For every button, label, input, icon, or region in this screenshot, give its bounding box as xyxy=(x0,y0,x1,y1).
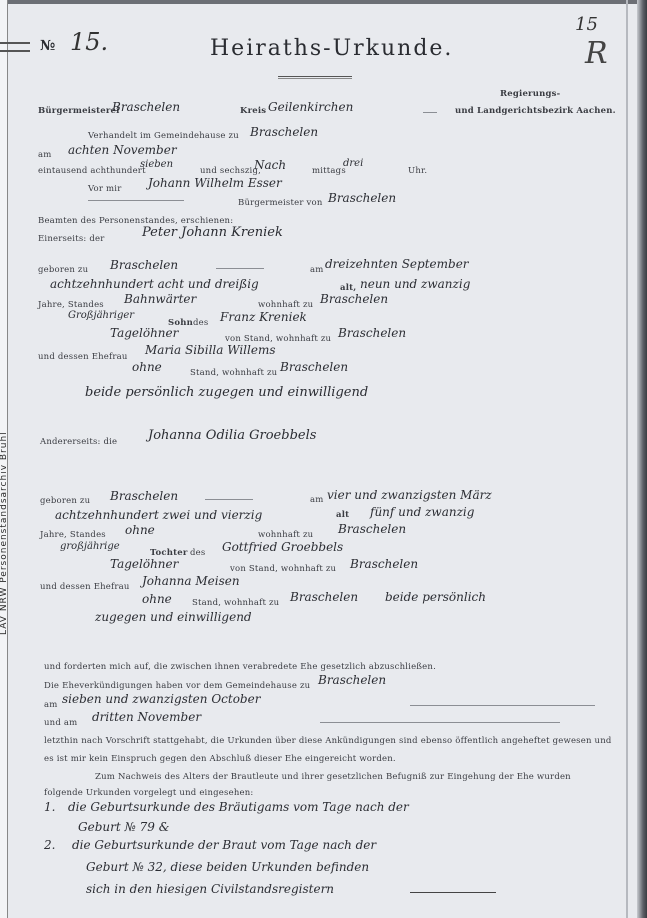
groom-stand-label: Stand, wohnhaft zu xyxy=(190,368,277,378)
bride-mother-residence: Braschelen xyxy=(290,590,358,604)
bride-occupation: ohne xyxy=(125,523,155,537)
groom-majority: Großjähriger xyxy=(68,310,134,321)
fill-line xyxy=(410,705,595,706)
buergermeister-place: Braschelen xyxy=(328,191,396,205)
marriage-date: achten November xyxy=(68,143,177,157)
groom-geboren-label: geboren zu xyxy=(38,265,88,275)
regierungs-label: Regierungs- xyxy=(500,89,560,99)
buergermeister-label: Bürgermeister von xyxy=(238,198,323,208)
proclamation-line6: folgende Urkunden vorgelegt und eingeseh… xyxy=(44,788,253,798)
doc2-line-a: die Geburtsurkunde der Braut vom Tage na… xyxy=(72,838,376,852)
groom-mother-residence: Braschelen xyxy=(280,360,348,374)
uhr-label: Uhr. xyxy=(408,166,427,176)
doc2-number: 2. xyxy=(44,838,55,852)
kreis-label: Kreis xyxy=(240,106,266,116)
scan-top-edge xyxy=(0,0,647,4)
doc2-line-c: sich in den hiesigen Civilstandsregister… xyxy=(86,882,334,896)
proclamation-line2-label: Die Eheverkündigungen haben vor dem Geme… xyxy=(44,681,310,691)
doc1-number: 1. xyxy=(44,800,55,814)
groom-consent: beide persönlich zugegen und einwilligen… xyxy=(85,385,368,400)
page-marker-arrow xyxy=(0,42,30,52)
andererseits-label: Andererseits: die xyxy=(40,437,117,447)
groom-des-label: des xyxy=(193,318,208,328)
kreis-value: Geilenkirchen xyxy=(268,100,353,114)
groom-age: neun und zwanzig xyxy=(360,277,470,291)
verhandelt-label: Verhandelt im Gemeindehause zu xyxy=(88,131,239,141)
groom-birth-place: Braschelen xyxy=(110,258,178,272)
end-line xyxy=(410,892,496,893)
groom-name: Peter Johann Kreniek xyxy=(142,225,283,240)
certificate-number: 15. xyxy=(70,28,108,56)
doc1-line-a: die Geburtsurkunde des Bräutigams vom Ta… xyxy=(68,800,409,814)
proclamation-am-label: am xyxy=(44,700,58,710)
page-number: 15 xyxy=(575,14,598,35)
bride-mother-occupation: ohne xyxy=(142,592,172,606)
groom-mother-occupation: ohne xyxy=(132,360,162,374)
bride-birth-year: achtzehnhundert zwei und vierzig xyxy=(55,508,262,522)
groom-father-occupation: Tagelöhner xyxy=(110,326,178,340)
bride-birth-place: Braschelen xyxy=(110,489,178,503)
bezirk-label: und Landgerichtsbezirk Aachen. xyxy=(455,106,616,116)
dash xyxy=(205,499,253,500)
bride-consent-a: beide persönlich xyxy=(385,590,486,604)
groom-am-label: am xyxy=(310,265,324,275)
groom-wohnhaft-label: wohnhaft zu xyxy=(258,300,313,310)
groom-father-residence: Braschelen xyxy=(338,326,406,340)
year-suffix: und sechszig, xyxy=(200,166,261,176)
year-hundreds: sieben xyxy=(140,159,173,170)
bride-des-label: des xyxy=(190,548,205,558)
bride-father-occupation: Tagelöhner xyxy=(110,557,178,571)
proclamation-date1: sieben und zwanzigsten October xyxy=(62,692,260,706)
document-page: LAV NRW Personenstandsarchiv Brühl № 15.… xyxy=(0,0,647,918)
hour-value: drei xyxy=(343,158,363,169)
proclamation-place: Braschelen xyxy=(318,673,386,687)
vor-mir-label: Vor mir xyxy=(88,184,121,194)
bride-age: fünf und zwanzig xyxy=(370,505,474,519)
mittags-label: mittags xyxy=(312,166,346,176)
bride-majority: großjährige xyxy=(60,541,120,552)
groom-jahre-label: Jahre, Standes xyxy=(38,300,104,310)
bride-birth-date: vier und zwanzigsten März xyxy=(327,488,492,502)
proclamation-date2: dritten November xyxy=(92,710,201,724)
page-fold-line xyxy=(626,0,628,918)
groom-occupation: Bahnwärter xyxy=(124,292,196,306)
bride-father-name: Gottfried Groebbels xyxy=(222,540,343,554)
time-nach: Nach xyxy=(254,158,286,172)
official-name: Johann Wilhelm Esser xyxy=(148,176,282,190)
bride-alt-label: alt xyxy=(336,510,349,520)
corner-initial: R xyxy=(585,36,608,71)
einerseits-label: Einerseits: der xyxy=(38,234,104,244)
verhandelt-place: Braschelen xyxy=(250,125,318,139)
bride-jahre-label: Jahre, Standes xyxy=(40,530,106,540)
proclamation-line1: und forderten mich auf, die zwischen ihn… xyxy=(44,662,436,672)
bride-wohnhaft-label: wohnhaft zu xyxy=(258,530,313,540)
bride-consent-b: zugegen und einwilligend xyxy=(95,610,252,624)
proclamation-line4: es ist mir kein Einspruch gegen den Absc… xyxy=(44,754,396,764)
number-label: № xyxy=(40,38,55,54)
buergermeisterei-value: Braschelen xyxy=(112,100,180,114)
buergermeisterei-label: Bürgermeisterei xyxy=(38,106,120,116)
bride-ehefrau-label: und dessen Ehefrau xyxy=(40,582,130,592)
groom-birth-date: dreizehnten September xyxy=(325,257,469,271)
year-prefix: eintausend achthundert xyxy=(38,166,146,176)
scan-right-edge xyxy=(637,0,647,918)
bride-father-residence: Braschelen xyxy=(350,557,418,571)
doc2-line-b: Geburt № 32, diese beiden Urkunden befin… xyxy=(86,860,369,874)
groom-father-name: Franz Kreniek xyxy=(220,310,307,324)
separator xyxy=(88,200,184,201)
document-title: Heiraths-Urkunde. xyxy=(210,36,453,61)
groom-birth-year: achtzehnhundert acht und dreißig xyxy=(50,277,259,291)
bride-residence: Braschelen xyxy=(338,522,406,536)
bride-geboren-label: geboren zu xyxy=(40,496,90,506)
bride-mother-name: Johanna Meisen xyxy=(142,574,240,588)
bride-von-stand-label: von Stand, wohnhaft zu xyxy=(230,564,336,574)
bride-stand-label: Stand, wohnhaft zu xyxy=(192,598,279,608)
am-label: am xyxy=(38,150,52,160)
fill-line xyxy=(320,722,560,723)
doc1-line-b: Geburt № 79 & xyxy=(78,820,169,834)
dash xyxy=(423,112,437,113)
groom-mother-name: Maria Sibilla Willems xyxy=(145,343,275,357)
proclamation-line3: letzthin nach Vorschrift stattgehabt, di… xyxy=(44,736,612,746)
bride-name: Johanna Odilia Groebbels xyxy=(148,428,316,443)
title-underline xyxy=(278,76,352,77)
groom-residence: Braschelen xyxy=(320,292,388,306)
dash xyxy=(216,268,264,269)
groom-ehefrau-label: und dessen Ehefrau xyxy=(38,352,128,362)
proclamation-und-am-label: und am xyxy=(44,718,77,728)
archive-stamp: LAV NRW Personenstandsarchiv Brühl xyxy=(0,315,9,635)
proclamation-line5: Zum Nachweis des Alters der Brautleute u… xyxy=(95,772,571,782)
bride-am-label: am xyxy=(310,495,324,505)
